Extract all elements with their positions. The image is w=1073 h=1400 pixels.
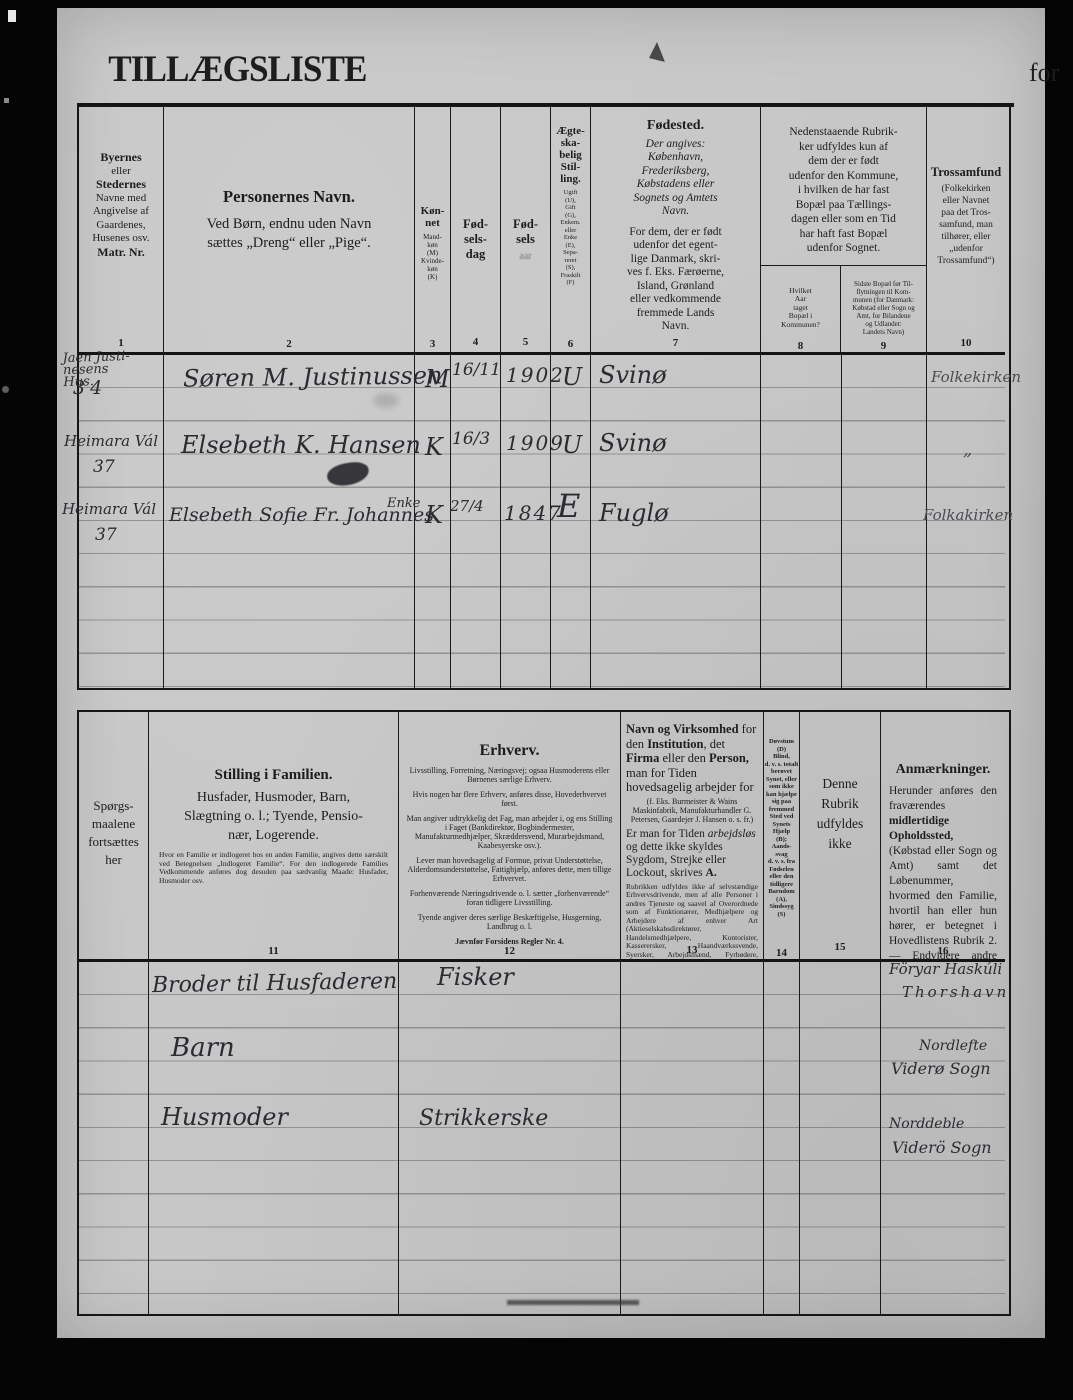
col-header-birthyear: Fød- sels aar 5 [501, 107, 551, 355]
col4-heading: Fød- sels- dag [451, 217, 500, 262]
pencil-scribble [373, 393, 399, 408]
col13-seg: Navn og Virksomhed [626, 722, 739, 736]
col12-note: Livsstilling, Forretning, Næringsvej; og… [406, 766, 613, 784]
col-header-place: Byernes eller Stedernes Navne med Angive… [79, 107, 164, 355]
handwritten-name-row1: Søren M. Justinussen [183, 363, 443, 391]
col-header-family-position: Stilling i Familien. Husfader, Husmoder,… [149, 712, 399, 962]
col1-word: Byernes [79, 151, 163, 165]
col3-heading: Køn- net [415, 205, 450, 229]
handwritten-matr-row2: 37 [93, 459, 115, 477]
col-header-not-filled: Denne Rubrik udfyldes ikke 15 [800, 712, 881, 962]
col5-year-word: aar [501, 249, 550, 264]
col-header-birthday: Fød- sels- dag 4 [451, 107, 501, 355]
handwritten-remarks-row2-line1: Nordlefte [919, 1039, 987, 1054]
col11-heading: Stilling i Familien. [149, 767, 398, 784]
col-number: 14 [764, 950, 799, 958]
continuation-label: Spørgs- maalene fortsættes her [79, 797, 148, 869]
col16-seg: Herunder anføres den fraværendes [889, 785, 997, 812]
col13-seg: eller den [659, 751, 709, 765]
col6-heading: Ægte- ska- belig Stil- ling. [551, 125, 590, 185]
col13-seg: Er man for Tiden [626, 828, 708, 840]
handwritten-status-row3: E [557, 490, 580, 524]
col-number: 9 [841, 342, 926, 350]
form-page: TILLÆGSLISTE for de af Stedets Beboere, … [57, 8, 1045, 1338]
col-header-remarks: Anmærkninger. Herunder anføres den fravæ… [881, 712, 1005, 962]
handwritten-sex-row1: M [425, 367, 450, 392]
col9-note: Sidste Bopæl før Til- flytningen til Kom… [852, 280, 914, 336]
handwritten-matr-row3: 37 [95, 527, 117, 545]
data-column-family-position [149, 962, 399, 1314]
handwritten-status-row1: U [562, 365, 582, 390]
col15-text: Denne Rubrik udfyldes ikke [800, 774, 880, 854]
col13-seg: arbejdsløs [708, 828, 756, 840]
col12-note: Tyende angiver deres særlige Beskæftigel… [406, 913, 613, 931]
col12-note: Man angiver udtrykkelig det Fag, man arb… [406, 814, 613, 850]
col13-seg: Institution [647, 737, 703, 751]
col-header-employer: Navn og Virksomhed for den Institution, … [621, 712, 764, 962]
col13-paren: (f. Eks. Burmeister & Wains Maskinfabrik… [626, 797, 758, 824]
col14-note: Døvstum (D) Blind, d. v. s. totalt berøv… [764, 738, 799, 918]
col13-seg: man for Tiden hovedsagelig arbejder for [626, 766, 754, 795]
data-column-employer [621, 962, 764, 1314]
col-header-name: Personernes Navn. Ved Børn, endnu uden N… [164, 107, 415, 355]
data-column-birthday [451, 355, 501, 688]
col6-note: Ugift (U), Gift (G), Enkem. eller Enke (… [551, 189, 590, 287]
col16-note: Herunder anføres den fraværendes midlert… [889, 784, 997, 962]
col-number: 13 [621, 943, 763, 958]
handwritten-remarks-row2-line2: Viderø Sogn [891, 1061, 991, 1078]
col-header-residence-group: Nedenstaaende Rubrik- ker udfyldes kun a… [761, 107, 927, 355]
handwritten-place-row2: Heimara Vál [64, 434, 158, 450]
col13-heading: Navn og Virksomhed for den Institution, … [626, 722, 758, 795]
col10-note: (Folkekirken eller Navnet paa det Tros- … [927, 183, 1005, 267]
handwritten-birthplace-row1: Svinø [599, 363, 667, 388]
col-number: 12 [399, 945, 620, 957]
col12-note: Forhenværende Næringsdrivende o. l. sætt… [406, 889, 613, 907]
col-header-birthplace: Fødested. Der angives: København, Freder… [591, 107, 761, 355]
title-lead: TILLÆGSLISTE [108, 48, 992, 91]
col2-note: Ved Børn, endnu uden Navn sættes „Dreng“… [164, 215, 414, 253]
handwritten-occupation-row1: Fisker [437, 965, 514, 990]
data-column-residence [761, 355, 927, 688]
page-title: TILLÆGSLISTE for de af Stedets Beboere, … [85, 48, 1020, 91]
handwritten-remarks-row3-line1: Norddeble [889, 1117, 964, 1132]
col16-heading: Anmærkninger. [889, 762, 997, 778]
title-mid: for de af Stedets Beboere, der er [1029, 58, 1073, 87]
col-number: 11 [149, 945, 398, 957]
col13-seg: Person, [709, 751, 749, 765]
col12-heading: Erhverv. [406, 742, 613, 760]
handwritten-position-row3: Husmoder [161, 1105, 288, 1130]
handwritten-position-row2: Barn [171, 1035, 235, 1062]
col1-word: eller [79, 165, 163, 179]
data-column-last-residence [842, 355, 926, 688]
col11-list: Husfader, Husmoder, Barn, Slægtning o. l… [149, 788, 398, 845]
film-speck [2, 386, 9, 393]
handwritten-birthyear-row2: 1909 [506, 433, 565, 454]
handwritten-name-suffix-row3: Enke [387, 497, 420, 511]
col-header-sex: Køn- net Mand- køn (M) Kvinde- køn (K) 3 [415, 107, 451, 355]
col2-heading: Personernes Navn. [164, 187, 414, 207]
col16-seg: midlertidige Opholdssted, [889, 815, 953, 842]
col-header-marital-status: Ægte- ska- belig Stil- ling. Ugift (U), … [551, 107, 591, 355]
col-header-religion: Trossamfund (Folkekirken eller Navnet pa… [927, 107, 1005, 355]
handwritten-faith-row3: Folkakirken [923, 508, 1013, 524]
handwritten-name-row2: Elsebeth K. Hansen [181, 433, 421, 458]
data-column-occupation [399, 962, 621, 1314]
data-column-place [79, 355, 164, 688]
col-header-continuation-label: Spørgs- maalene fortsættes her [79, 712, 149, 962]
col7-note-1: Der angives: København, Frederiksberg, K… [591, 138, 760, 219]
col1-word: Stedernes [79, 178, 163, 192]
table-continuation: Spørgs- maalene fortsættes her Stilling … [77, 710, 1011, 1316]
col12-note: Hvis nogen har flere Erhverv, anføres di… [406, 790, 613, 808]
handwritten-matr-row1: 34 [73, 379, 107, 399]
col1-matr: Matr. Nr. [79, 246, 163, 260]
handwritten-faith-ditto-row2: „ [963, 441, 972, 460]
col-number: 10 [927, 336, 1005, 350]
col1-note: Navne med Angivelse af Gaardenes, Husene… [79, 192, 163, 246]
handwritten-position-row1: Broder til Husfaderen [152, 970, 398, 997]
table-absent-persons: Byernes eller Stedernes Navne med Angive… [77, 105, 1011, 690]
data-column-continuation [79, 962, 149, 1314]
handwritten-sex-row3: K [425, 503, 443, 528]
col5-heading: Fød- sels [501, 217, 550, 247]
col12-note: Lever man hovedsagelig af Formue, privat… [406, 856, 613, 883]
col-number: 4 [451, 335, 500, 350]
handwritten-remarks-row1-line2: Thorshavn [902, 985, 1009, 1001]
printer-mark [507, 1300, 639, 1305]
handwritten-remarks-row3-line2: Viderö Sogn [892, 1140, 992, 1157]
col-number: 8 [761, 342, 840, 351]
col7-heading: Fødested. [591, 119, 760, 133]
handwritten-birthday-row1: 16/11 [452, 362, 501, 380]
col11-note: Hvor en Familie er indlogeret hos en and… [149, 851, 398, 885]
col-number: 16 [881, 945, 1005, 957]
col7-note-2: For dem, der er født udenfor det egent- … [591, 226, 760, 334]
col3-note: Mand- køn (M) Kvinde- køn (K) [415, 233, 450, 281]
col-number: 6 [551, 338, 590, 350]
handwritten-remarks-row1-line1: Föryar Haskúli [889, 962, 1002, 978]
handwritten-faith-row1: Folkekirken [931, 370, 1021, 386]
col-number: 2 [164, 338, 414, 350]
col8-9-shared-note: Nedenstaaende Rubrik- ker udfyldes kun a… [761, 107, 926, 265]
col-number: 7 [591, 337, 760, 351]
col10-heading: Trossamfund [927, 165, 1005, 179]
handwritten-place-row3: Heimara Vál [62, 502, 156, 518]
col-header-disabilities: Døvstum (D) Blind, d. v. s. totalt berøv… [764, 712, 800, 962]
col-header-year-moved: Hvilket Aar taget Bopæl i Kommunen? 8 [761, 266, 841, 352]
handwritten-status-row2: U [562, 433, 582, 458]
handwritten-occupation-row3: Strikkerske [419, 1107, 548, 1130]
scanned-census-sheet: TILLÆGSLISTE for de af Stedets Beboere, … [0, 0, 1073, 1400]
col-header-last-residence: Sidste Bopæl før Til- flytningen til Kom… [841, 266, 926, 352]
col-number: 1 [79, 337, 163, 351]
handwritten-birthyear-row3: 1847 [504, 503, 563, 524]
col8-note: Hvilket Aar taget Bopæl i Kommunen? [781, 286, 820, 329]
col-number: 3 [415, 338, 450, 350]
data-column-disabilities [764, 962, 800, 1314]
handwritten-sex-row2: K [425, 435, 443, 460]
film-speck [4, 98, 9, 103]
col13-seg: Firma [626, 751, 659, 765]
handwritten-birthday-row3: 27/4 [450, 499, 484, 515]
col-number: 5 [501, 335, 550, 350]
data-column-not-filled [800, 962, 881, 1314]
data-column-year-moved [761, 355, 842, 688]
col-header-occupation: Erhverv. Livsstilling, Forretning, Nærin… [399, 712, 621, 962]
col-number: 15 [800, 937, 880, 957]
col13-seg: , det [703, 737, 725, 751]
col13-mid: Er man for Tiden arbejdsløs og dette ikk… [626, 828, 758, 880]
handwritten-birthday-row2: 16/3 [452, 431, 490, 449]
handwritten-birthplace-row3: Fuglø [599, 501, 669, 526]
film-speck [8, 10, 16, 22]
handwritten-birthyear-row1: 1902 [506, 365, 565, 386]
handwritten-birthplace-row2: Svinø [599, 431, 667, 456]
col13-seg: A. [706, 867, 717, 879]
